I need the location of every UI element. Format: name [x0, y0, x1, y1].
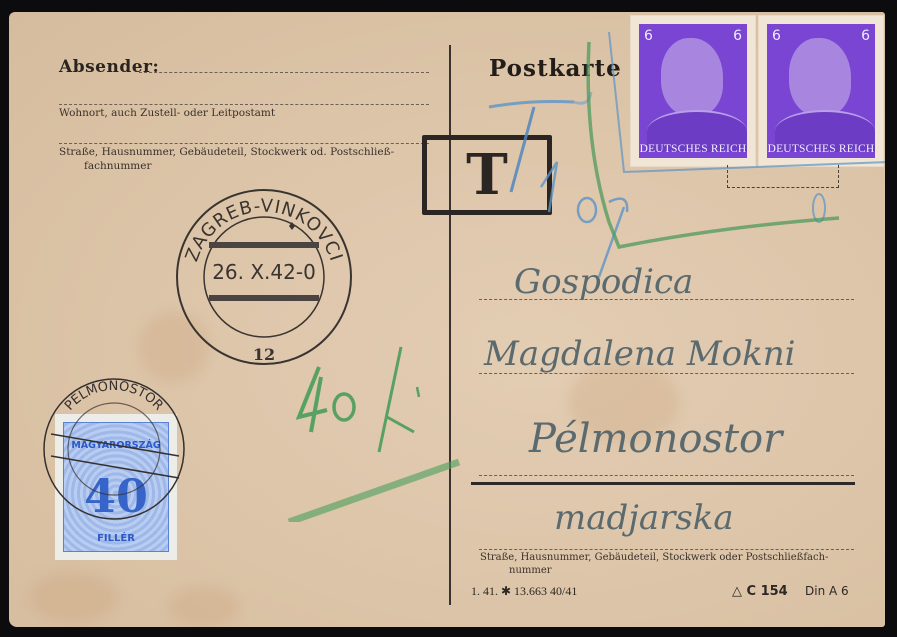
stain: [169, 587, 239, 627]
address-footer-label-2: nummer: [509, 564, 552, 578]
address-line-4: [479, 549, 854, 550]
address-line-2-text: Magdalena Mokni: [484, 334, 796, 374]
print-code-left: 1. 41. ✱ 13.663 40/41: [471, 584, 577, 599]
print-code-right: △ C 154: [732, 584, 788, 599]
stamp-unit: FILLÉR: [64, 533, 168, 544]
absender-label: Absender:: [59, 57, 159, 77]
wohnort-label: Wohnort, auch Zustell- oder Leitpostamt: [59, 106, 275, 120]
address-line-1-text: Gospodica: [514, 262, 693, 302]
stain: [29, 572, 119, 622]
strasse-label-2: fachnummer: [84, 159, 151, 173]
format-label: Din A 6: [805, 584, 849, 598]
address-footer-label-1: Straße, Hausnummer, Gebäudeteil, Stockwe…: [480, 551, 828, 565]
address-line-3-text: Pélmonostor: [529, 416, 782, 462]
svg-text:PÉLMONOSTOR: PÉLMONOSTOR: [62, 379, 166, 414]
postmark-pelmonostor: PÉLMONOSTOR: [39, 374, 189, 524]
postcard: Absender: Wohnort, auch Zustell- oder Le…: [9, 12, 885, 627]
address-heavy-line: [471, 482, 855, 485]
address-line-3: [479, 475, 854, 476]
address-line-4-text: madjarska: [554, 498, 734, 538]
